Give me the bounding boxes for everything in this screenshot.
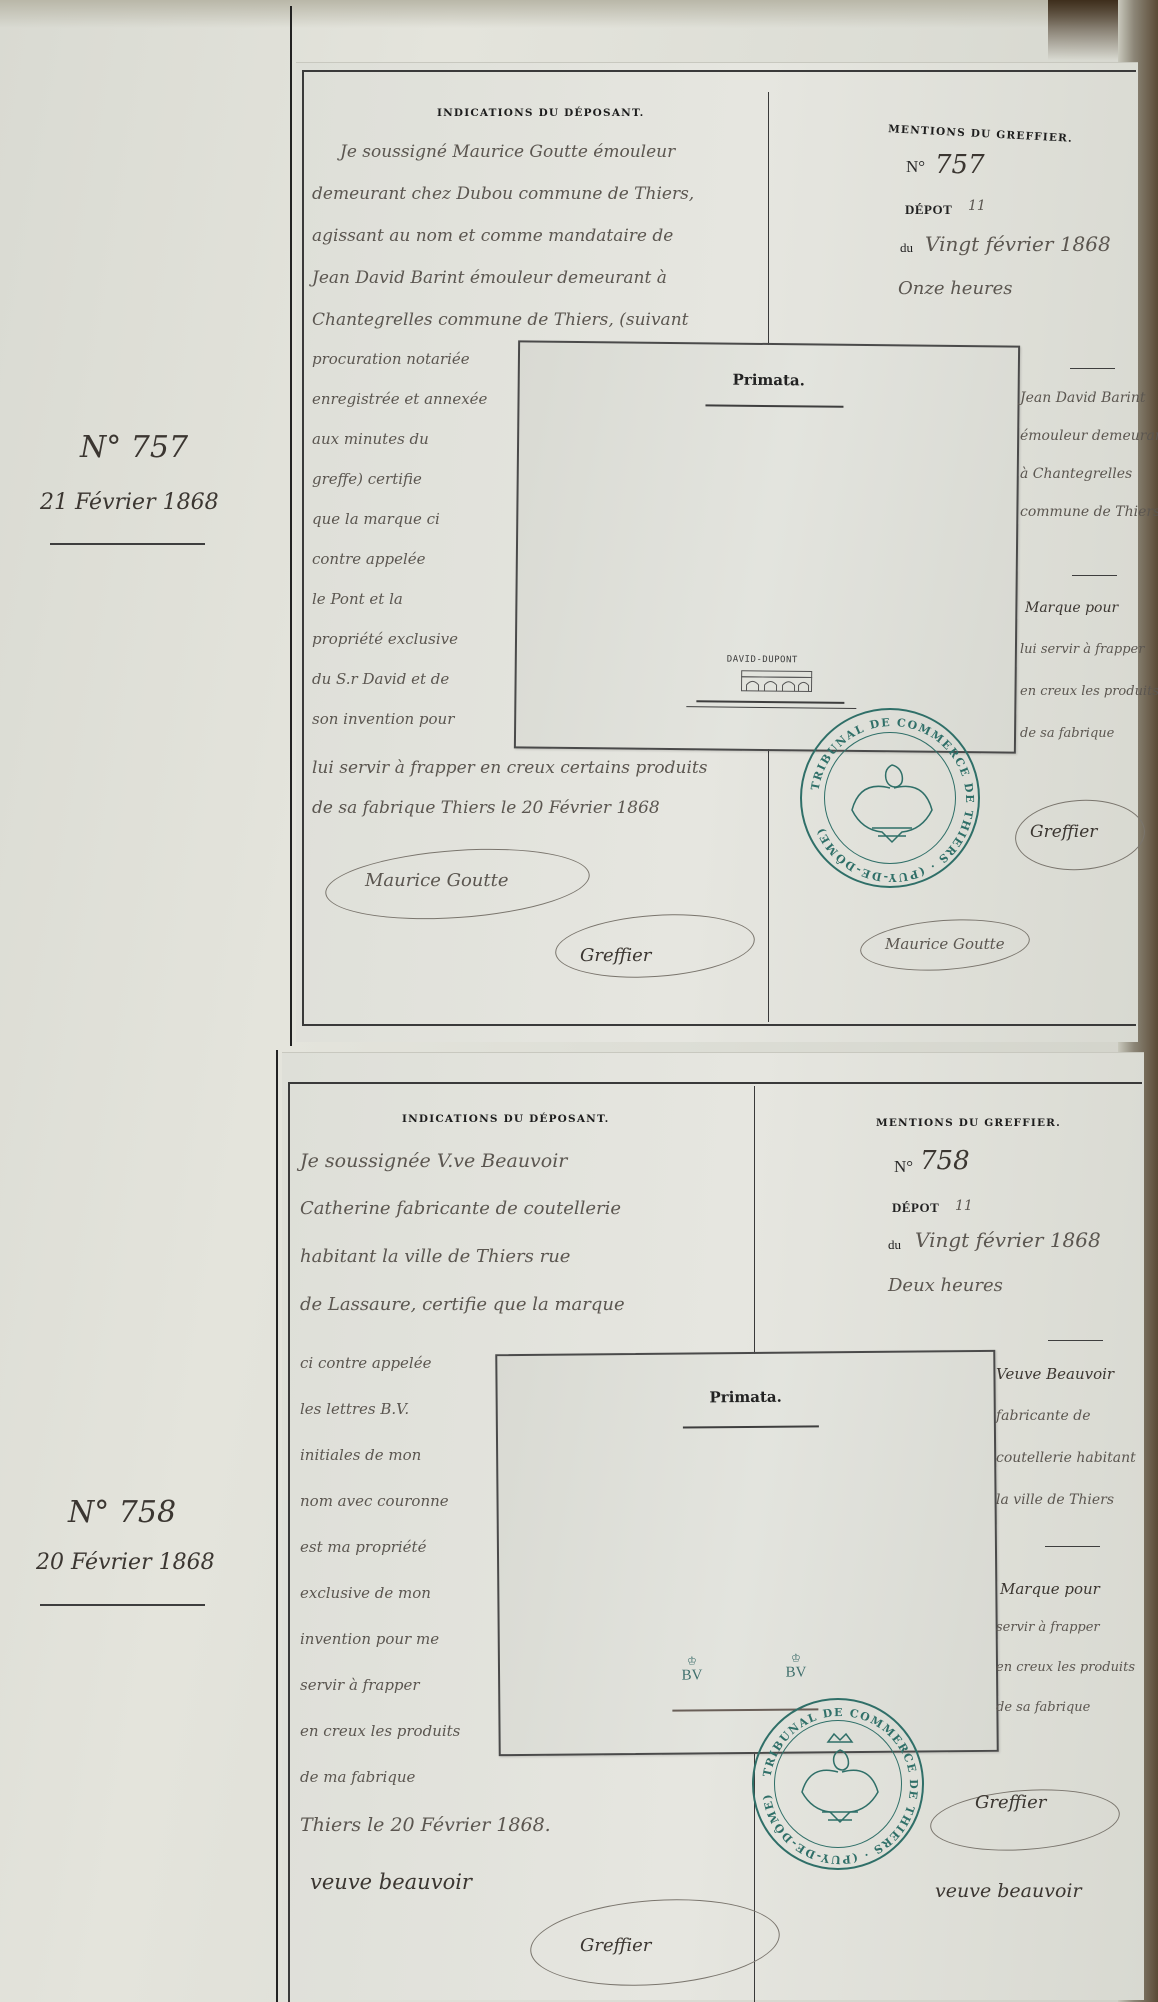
declaration-line: du S.r David et de — [312, 670, 449, 688]
registrar-mark-line: en creux les produits — [996, 1660, 1135, 1675]
registrar-depositor-line: Veuve Beauvoir — [996, 1365, 1114, 1383]
date-du-label: du — [900, 240, 913, 256]
registrar-mark-line: de sa fabrique — [1020, 726, 1114, 741]
declaration-line: servir à frapper — [300, 1676, 420, 1694]
registrar-mark-line: de sa fabrique — [996, 1700, 1090, 1715]
registrar-depositor-line: à Chantegrelles — [1020, 466, 1132, 482]
page-shadow — [0, 0, 1158, 28]
registrar-depositor-line: coutellerie habitant — [996, 1450, 1136, 1466]
specimen-title: Primata. — [498, 1386, 994, 1408]
declaration-line: habitant la ville de Thiers rue — [300, 1246, 570, 1267]
section-separator — [1045, 1546, 1100, 1547]
margin-column-divider — [290, 6, 292, 1046]
bv-mark: ♔ BV — [776, 1653, 816, 1681]
declaration-line: contre appelée — [312, 550, 426, 568]
depot-value: 11 — [968, 198, 986, 214]
declaration-line: agissant au nom et comme mandataire de — [312, 226, 673, 246]
declaration-line: de ma fabrique — [300, 1768, 415, 1786]
section-separator — [1072, 575, 1117, 576]
declaration-line: aux minutes du — [312, 430, 429, 448]
declaration-line: les lettres B.V. — [300, 1400, 409, 1418]
depositor-signature: veuve beauvoir — [310, 1870, 472, 1894]
depot-label: DÉPOT — [892, 1200, 939, 1216]
mark-underline — [696, 700, 844, 704]
crowned-eagle-icon — [802, 1734, 878, 1822]
mark-specimen-box: Primata. ♔ BV ♔ BV — [495, 1350, 998, 1756]
registrar-signature: Greffier — [580, 1935, 651, 1956]
mark-label: DAVID-DUPONT — [727, 655, 798, 666]
registrar-no-value: 758 — [920, 1146, 970, 1176]
declaration-line: de Lassaure, certifie que la marque — [300, 1294, 625, 1315]
declaration-line: Je soussignée V.ve Beauvoir — [300, 1150, 567, 1172]
tribunal-stamp: TRIBUNAL DE COMMERCE DE THIERS · (PUY-DE… — [800, 708, 980, 888]
declaration-line: son invention pour — [312, 710, 454, 728]
declaration-line: Chantegrelles commune de Thiers, (suivan… — [312, 310, 688, 330]
registrar-depositor-line: fabricante de — [996, 1408, 1090, 1424]
eagle-icon — [852, 765, 932, 842]
declaration-line: le Pont et la — [312, 590, 403, 608]
registrar-mark-line: en creux les produits — [1020, 684, 1158, 699]
depot-label: DÉPOT — [905, 202, 952, 218]
registrar-depositor-signature: Maurice Goutte — [885, 935, 1005, 953]
stamp-text-ring: TRIBUNAL DE COMMERCE DE THIERS · (PUY-DE… — [754, 1700, 926, 1872]
declaration-line: demeurant chez Dubou commune de Thiers, — [312, 184, 694, 204]
section-separator — [1048, 1340, 1103, 1341]
mark-underline — [686, 706, 856, 709]
registrar-depositor-signature: veuve beauvoir — [935, 1880, 1082, 1902]
bv-mark: ♔ BV — [672, 1656, 712, 1684]
margin-entry-date: 21 Février 1868 — [40, 490, 219, 515]
declaration-line: propriété exclusive — [312, 630, 458, 648]
registrar-no-label: N° — [906, 157, 925, 177]
registrar-signature: Greffier — [975, 1792, 1046, 1813]
register-page: N° 757 21 Février 1868 INDICATIONS DU DÉ… — [0, 0, 1158, 2002]
declaration-line: Je soussigné Maurice Goutte émouleur — [340, 142, 675, 162]
title-underline — [683, 1425, 819, 1428]
margin-entry-number: N° 758 — [68, 1495, 176, 1530]
declaration-line: de sa fabrique Thiers le 20 Février 1868 — [312, 798, 660, 818]
declaration-line: greffe) certifie — [312, 470, 422, 488]
registrar-mark-line: lui servir à frapper — [1020, 642, 1144, 657]
deposit-date: Vingt février 1868 — [925, 232, 1111, 256]
registrar-mark-line: Marque pour — [1000, 1580, 1100, 1598]
registrar-mark-line: servir à frapper — [996, 1620, 1100, 1635]
registrar-mark-line: Marque pour — [1025, 600, 1118, 616]
declaration-line: invention pour me — [300, 1630, 439, 1648]
deposit-hour: Deux heures — [888, 1275, 1003, 1296]
registrar-depositor-line: Jean David Barint — [1020, 390, 1146, 406]
declaration-line: enregistrée et annexée — [312, 390, 487, 408]
declaration-line: Catherine fabricante de coutellerie — [300, 1198, 621, 1219]
margin-underline — [50, 543, 205, 545]
deposit-hour: Onze heures — [898, 278, 1013, 299]
title-underline — [705, 404, 843, 407]
date-du-label: du — [888, 1237, 901, 1253]
declaration-line: nom avec couronne — [300, 1492, 449, 1510]
deposit-date: Vingt février 1868 — [915, 1228, 1101, 1252]
crown-icon: ♔ — [672, 1656, 712, 1667]
declaration-line: que la marque ci — [312, 510, 440, 528]
registrar-header: MENTIONS DU GREFFIER. — [876, 1117, 1061, 1129]
declaration-line: en creux les produits — [300, 1722, 460, 1740]
specimen-title: Primata. — [520, 368, 1018, 391]
declaration-line: procuration notariée — [312, 350, 470, 368]
bridge-mark-icon — [740, 670, 812, 693]
depositor-header: INDICATIONS DU DÉPOSANT. — [437, 107, 644, 119]
depot-value: 11 — [955, 1198, 973, 1214]
declaration-line: ci contre appelée — [300, 1354, 431, 1372]
registrar-depositor-line: la ville de Thiers — [996, 1492, 1114, 1508]
mark-specimen-box: Primata. DAVID-DUPONT — [514, 340, 1020, 753]
crown-icon: ♔ — [776, 1653, 816, 1664]
tribunal-stamp: TRIBUNAL DE COMMERCE DE THIERS · (PUY-DE… — [752, 1698, 924, 1870]
depositor-header: INDICATIONS DU DÉPOSANT. — [402, 1113, 609, 1125]
depositor-signature: Maurice Goutte — [365, 870, 509, 891]
declaration-line: Jean David Barint émouleur demeurant à — [312, 268, 667, 288]
margin-entry-number: N° 757 — [80, 430, 188, 465]
section-separator — [1070, 368, 1115, 369]
declaration-line: exclusive de mon — [300, 1584, 431, 1602]
svg-text:TRIBUNAL DE COMMERCE DE THIERS: TRIBUNAL DE COMMERCE DE THIERS · (PUY-DE… — [760, 1706, 920, 1866]
declaration-line: lui servir à frapper en creux certains p… — [312, 758, 707, 778]
registrar-no-label: N° — [894, 1157, 913, 1177]
stamp-text-ring: TRIBUNAL DE COMMERCE DE THIERS · (PUY-DE… — [802, 710, 982, 890]
registrar-depositor-line: émouleur demeurant — [1020, 428, 1158, 444]
declaration-line: est ma propriété — [300, 1538, 426, 1556]
declaration-line: Thiers le 20 Février 1868. — [300, 1814, 551, 1836]
margin-column-divider — [276, 1050, 278, 2002]
margin-entry-date: 20 Février 1868 — [36, 1550, 215, 1575]
svg-text:TRIBUNAL DE COMMERCE DE THIERS: TRIBUNAL DE COMMERCE DE THIERS · (PUY-DE… — [809, 716, 976, 884]
declaration-line: initiales de mon — [300, 1446, 421, 1464]
registrar-signature: Greffier — [580, 945, 651, 966]
registrar-depositor-line: commune de Thiers — [1020, 504, 1158, 520]
registrar-no-value: 757 — [935, 150, 985, 180]
margin-underline — [40, 1604, 205, 1606]
registrar-signature: Greffier — [1030, 822, 1097, 842]
